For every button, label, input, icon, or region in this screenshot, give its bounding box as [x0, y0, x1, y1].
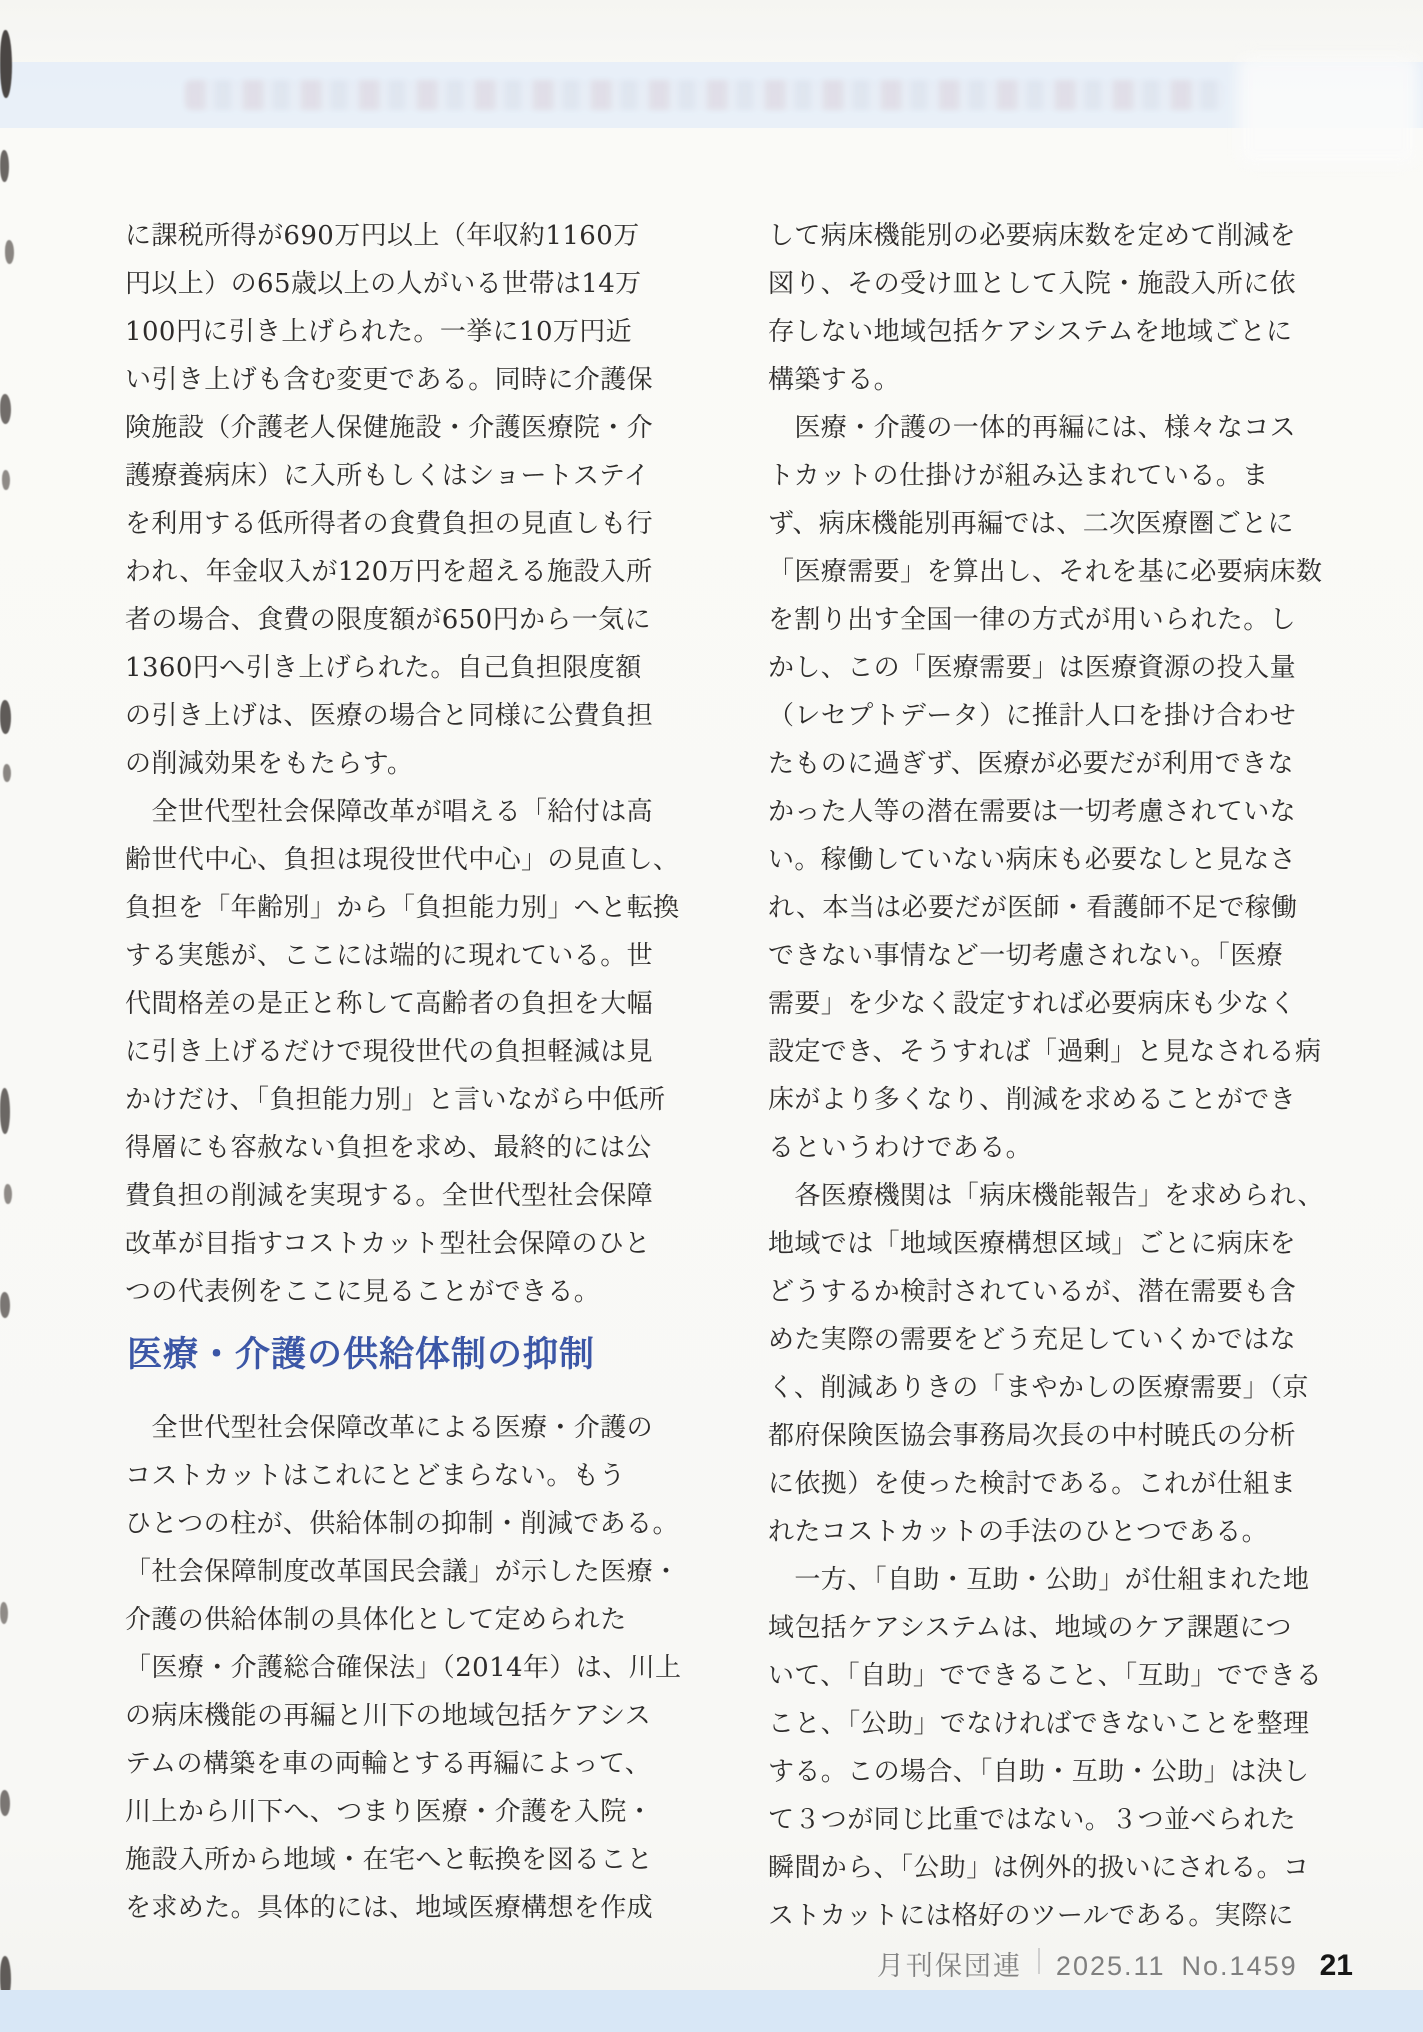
- text-line: 1360円へ引き上げられた。自己負担限度額: [125, 644, 673, 692]
- text-line: 施設入所から地域・在宅へと転換を図ること: [125, 1836, 673, 1884]
- journal-title: 月刊保団連: [877, 1944, 1022, 1983]
- text-line: テムの構築を車の両輪とする再編によって、: [125, 1740, 673, 1788]
- text-line: する。この場合、「自助・互助・公助」は決し: [768, 1748, 1316, 1796]
- text-line: 都府保険医協会事務局次長の中村暁氏の分析: [768, 1412, 1316, 1460]
- scan-artifact: [5, 240, 14, 264]
- text-line: 負担を「年齢別」から「負担能力別」へと転換: [125, 884, 673, 932]
- page-number: 21: [1320, 1949, 1353, 1983]
- scan-artifact: [0, 1602, 8, 1624]
- text-line: 需要」を少なく設定すれば必要病床も少なく: [768, 980, 1316, 1028]
- text-line: 図り、その受け皿として入院・施設入所に依: [768, 260, 1316, 308]
- text-line: 医療・介護の一体的再編には、様々なコス: [768, 404, 1316, 452]
- text-line: 100円に引き上げられた。一挙に10万円近: [125, 308, 673, 356]
- scan-artifact: [4, 1184, 12, 1204]
- text-line: 「社会保障制度改革国民会議」が示した医療・: [125, 1548, 673, 1596]
- left-paragraph-2: 全世代型社会保障改革による医療・介護のコストカットはこれにとどまらない。もうひと…: [125, 1404, 673, 1932]
- text-line: 費負担の削減を実現する。全世代型社会保障: [125, 1172, 673, 1220]
- scan-artifact: [2, 470, 10, 490]
- scan-artifact: [0, 1790, 10, 1816]
- scan-artifact: [0, 1292, 10, 1318]
- section-heading: 医療・介護の供給体制の抑制: [127, 1332, 673, 1378]
- text-line: こと、「公助」でなければできないことを整理: [768, 1700, 1316, 1748]
- text-line: トカットの仕掛けが組み込まれている。ま: [768, 452, 1316, 500]
- text-line: て３つが同じ比重ではない。３つ並べられた: [768, 1796, 1316, 1844]
- scan-artifact: [3, 764, 11, 782]
- showthrough-white-patch: [1238, 56, 1418, 166]
- text-line: を割り出す全国一律の方式が用いられた。し: [768, 596, 1316, 644]
- text-line: 「医療需要」を算出し、それを基に必要病床数: [768, 548, 1316, 596]
- text-line: ひとつの柱が、供給体制の抑制・削減である。: [125, 1500, 673, 1548]
- text-line: 瞬間から、「公助」は例外的扱いにされる。コ: [768, 1844, 1316, 1892]
- text-line: の引き上げは、医療の場合と同様に公費負担: [125, 692, 673, 740]
- text-line: 全世代型社会保障改革による医療・介護の: [125, 1404, 673, 1452]
- text-line: 介護の供給体制の具体化として定められた: [125, 1596, 673, 1644]
- text-line: 「医療・介護総合確保法」（2014年）は、川上: [125, 1644, 673, 1692]
- text-line: に課税所得が690万円以上（年収約1160万: [125, 212, 673, 260]
- text-line: 構築する。: [768, 356, 1316, 404]
- text-line: 一方、「自助・互助・公助」が仕組まれた地: [768, 1556, 1316, 1604]
- text-line: を求めた。具体的には、地域医療構想を作成: [125, 1884, 673, 1932]
- text-line: 代間格差の是正と称して高齢者の負担を大幅: [125, 980, 673, 1028]
- text-line: 設定でき、そうすれば「過剰」と見なされる病: [768, 1028, 1316, 1076]
- magazine-page: に課税所得が690万円以上（年収約1160万円以上）の65歳以上の人がいる世帯は…: [0, 0, 1423, 2032]
- text-line: に依拠）を使った検討である。これが仕組ま: [768, 1460, 1316, 1508]
- right-paragraphs: して病床機能別の必要病床数を定めて削減を図り、その受け皿として入院・施設入所に依…: [768, 212, 1316, 1940]
- page-footer: 月刊保団連 2025.11 No.1459 21: [877, 1944, 1353, 1978]
- text-line: 改革が目指すコストカット型社会保障のひと: [125, 1220, 673, 1268]
- issue-number: No.1459: [1182, 1951, 1298, 1982]
- text-line: かし、この「医療需要」は医療資源の投入量: [768, 644, 1316, 692]
- text-line: 齢世代中心、負担は現役世代中心」の見直し、: [125, 836, 673, 884]
- right-column: して病床機能別の必要病床数を定めて削減を図り、その受け皿として入院・施設入所に依…: [768, 212, 1316, 1940]
- scan-artifact: [0, 700, 11, 734]
- text-line: 得層にも容赦ない負担を求め、最終的には公: [125, 1124, 673, 1172]
- text-line: かった人等の潜在需要は一切考慮されていな: [768, 788, 1316, 836]
- text-line: して病床機能別の必要病床数を定めて削減を: [768, 212, 1316, 260]
- text-line: 域包括ケアシステムは、地域のケア課題につ: [768, 1604, 1316, 1652]
- text-line: （レセプトデータ）に推計人口を掛け合わせ: [768, 692, 1316, 740]
- text-line: く、削減ありきの「まやかしの医療需要」（京: [768, 1364, 1316, 1412]
- showthrough-text-blur: [185, 80, 1225, 110]
- text-line: コストカットはこれにとどまらない。もう: [125, 1452, 673, 1500]
- text-line: れ、本当は必要だが医師・看護師不足で稼働: [768, 884, 1316, 932]
- showthrough-band: [0, 62, 1423, 128]
- text-line: たものに過ぎず、医療が必要だが利用できな: [768, 740, 1316, 788]
- text-line: 護療養病床）に入所もしくはショートステイ: [125, 452, 673, 500]
- text-line: を利用する低所得者の食費負担の見直しも行: [125, 500, 673, 548]
- text-line: いて、「自助」でできること、「互助」でできる: [768, 1652, 1316, 1700]
- text-line: めた実際の需要をどう充足していくかではな: [768, 1316, 1316, 1364]
- text-line: 各医療機関は「病床機能報告」を求められ、: [768, 1172, 1316, 1220]
- issue-date: 2025.11: [1056, 1951, 1166, 1982]
- text-line: 者の場合、食費の限度額が650円から一気に: [125, 596, 673, 644]
- text-line: 存しない地域包括ケアシステムを地域ごとに: [768, 308, 1316, 356]
- text-line: 険施設（介護老人保健施設・介護医療院・介: [125, 404, 673, 452]
- text-line: の削減効果をもたらす。: [125, 740, 673, 788]
- text-line: 川上から川下へ、つまり医療・介護を入院・: [125, 1788, 673, 1836]
- text-line: 全世代型社会保障改革が唱える「給付は高: [125, 788, 673, 836]
- text-line: 地域では「地域医療構想区域」ごとに病床を: [768, 1220, 1316, 1268]
- text-line: かけだけ、「負担能力別」と言いながら中低所: [125, 1076, 673, 1124]
- left-column: に課税所得が690万円以上（年収約1160万円以上）の65歳以上の人がいる世帯は…: [125, 212, 673, 1932]
- text-line: い。稼働していない病床も必要なしと見なさ: [768, 836, 1316, 884]
- text-line: できない事情など一切考慮されない。「医療: [768, 932, 1316, 980]
- text-line: ず、病床機能別再編では、二次医療圏ごとに: [768, 500, 1316, 548]
- scan-artifact: [0, 1088, 10, 1134]
- scan-artifact: [0, 150, 9, 182]
- scan-artifact: [0, 394, 11, 424]
- text-line: われ、年金収入が120万円を超える施設入所: [125, 548, 673, 596]
- text-line: に引き上げるだけで現役世代の負担軽減は見: [125, 1028, 673, 1076]
- text-line: い引き上げも含む変更である。同時に介護保: [125, 356, 673, 404]
- text-line: ストカットには格好のツールである。実際に: [768, 1892, 1316, 1940]
- footer-divider: [1038, 1948, 1040, 1974]
- scan-artifact: [0, 30, 12, 98]
- text-line: する実態が、ここには端的に現れている。世: [125, 932, 673, 980]
- text-line: 床がより多くなり、削減を求めることができ: [768, 1076, 1316, 1124]
- bottom-band: [0, 1990, 1423, 2032]
- text-line: どうするか検討されているが、潜在需要も含: [768, 1268, 1316, 1316]
- text-line: 円以上）の65歳以上の人がいる世帯は14万: [125, 260, 673, 308]
- left-paragraph-1: に課税所得が690万円以上（年収約1160万円以上）の65歳以上の人がいる世帯は…: [125, 212, 673, 1316]
- text-line: るというわけである。: [768, 1124, 1316, 1172]
- text-line: れたコストカットの手法のひとつである。: [768, 1508, 1316, 1556]
- text-line: の病床機能の再編と川下の地域包括ケアシス: [125, 1692, 673, 1740]
- text-line: つの代表例をここに見ることができる。: [125, 1268, 673, 1316]
